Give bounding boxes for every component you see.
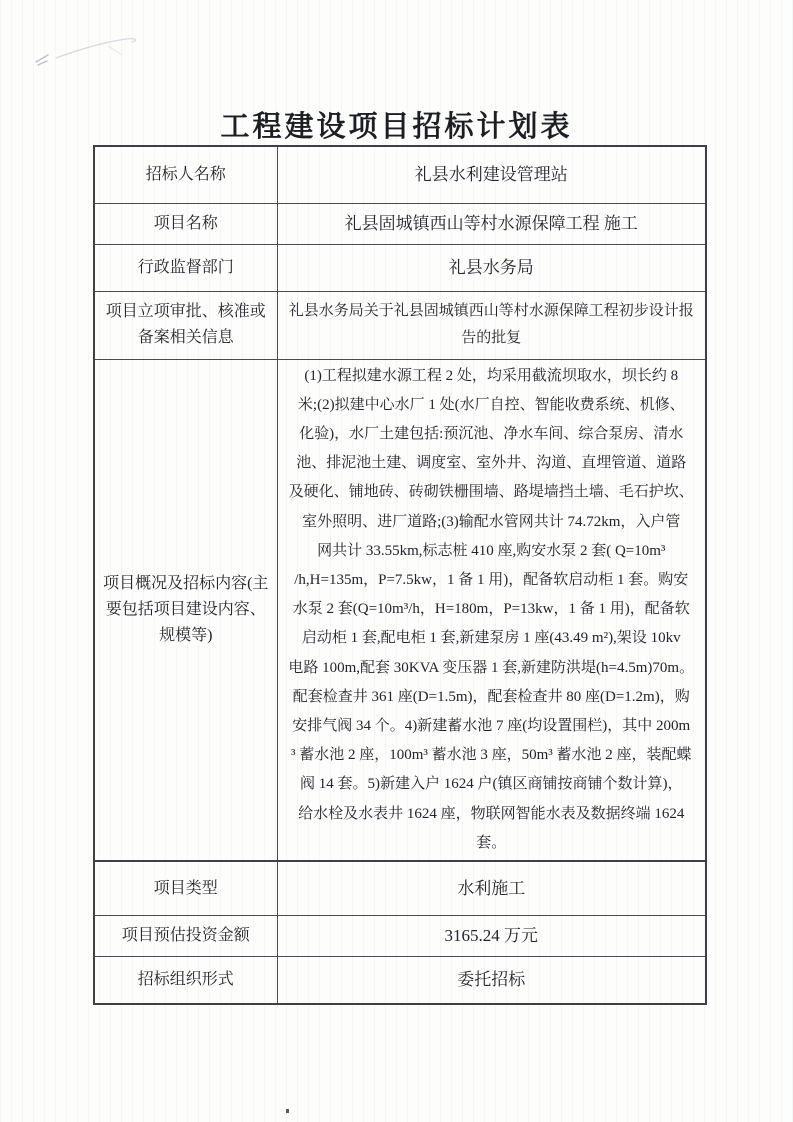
table-row: 项目预估投资金额 3165.24 万元 xyxy=(94,916,706,957)
table-row: 招标人名称 礼县水利建设管理站 xyxy=(94,146,706,203)
row-label-tenderer-name: 招标人名称 xyxy=(94,146,277,203)
row-label-estimated-investment: 项目预估投资金额 xyxy=(94,916,277,957)
row-value-project-overview: (1)工程拟建水源工程 2 处，均采用截流坝取水，坝长约 8 米;(2)拟建中心… xyxy=(277,359,706,861)
table-row: 行政监督部门 礼县水务局 xyxy=(94,244,706,291)
scanned-document-page: 工程建设项目招标计划表 招标人名称 礼县水利建设管理站 项目名称 礼县固城镇西山… xyxy=(0,0,793,1122)
row-label-project-overview: 项目概况及招标内容(主要包括项目建设内容、规模等) xyxy=(94,359,277,861)
row-value-supervising-department: 礼县水务局 xyxy=(277,244,706,291)
row-value-project-name: 礼县固城镇西山等村水源保障工程 施工 xyxy=(277,203,706,244)
row-value-tenderer-name: 礼县水利建设管理站 xyxy=(277,146,706,203)
row-value-project-type: 水利施工 xyxy=(277,861,706,916)
row-label-bidding-organization-form: 招标组织形式 xyxy=(94,957,277,1004)
document-title: 工程建设项目招标计划表 xyxy=(0,104,793,145)
row-label-supervising-department: 行政监督部门 xyxy=(94,244,277,291)
table-row: 项目立项审批、核准或备案相关信息 礼县水务局关于礼县固城镇西山等村水源保障工程初… xyxy=(94,291,706,359)
table-row: 项目概况及招标内容(主要包括项目建设内容、规模等) (1)工程拟建水源工程 2 … xyxy=(94,359,706,861)
table-row: 项目名称 礼县固城镇西山等村水源保障工程 施工 xyxy=(94,203,706,244)
row-label-approval-info: 项目立项审批、核准或备案相关信息 xyxy=(94,291,277,359)
row-value-approval-info: 礼县水务局关于礼县固城镇西山等村水源保障工程初步设计报告的批复 xyxy=(277,291,706,359)
ink-dot-artifact xyxy=(286,1109,289,1113)
row-value-bidding-organization-form: 委托招标 xyxy=(277,957,706,1004)
table-row: 项目类型 水利施工 xyxy=(94,861,706,916)
bidding-plan-table: 招标人名称 礼县水利建设管理站 项目名称 礼县固城镇西山等村水源保障工程 施工 … xyxy=(93,145,705,1005)
row-value-estimated-investment: 3165.24 万元 xyxy=(277,916,706,957)
row-label-project-name: 项目名称 xyxy=(94,203,277,244)
row-label-project-type: 项目类型 xyxy=(94,861,277,916)
table-row: 招标组织形式 委托招标 xyxy=(94,957,706,1004)
pen-stroke-artifact xyxy=(28,18,238,78)
